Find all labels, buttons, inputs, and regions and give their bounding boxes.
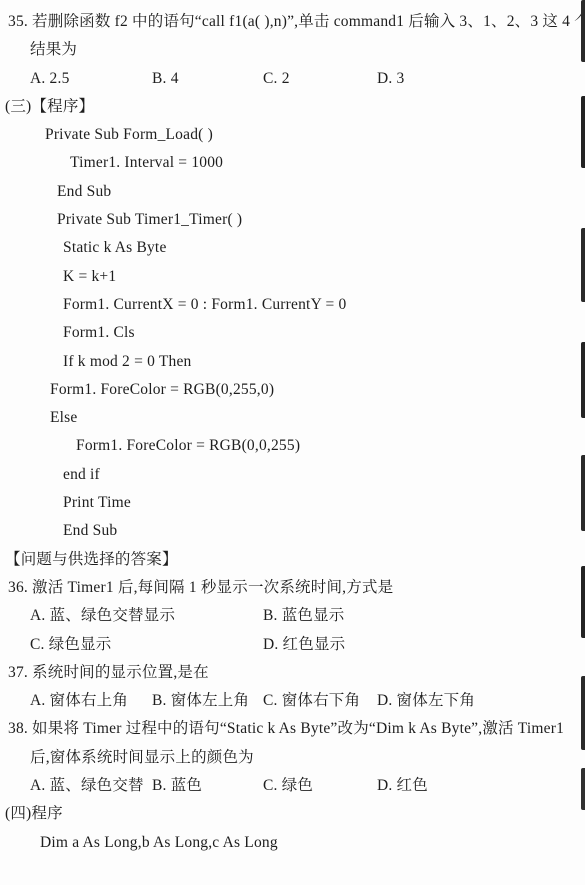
question-36-option-c: C. 绿色显示 (30, 631, 263, 659)
scan-edge-artifact (581, 566, 585, 638)
scan-edge-artifact (581, 228, 585, 302)
code-line: Dim a As Long,b As Long,c As Long (0, 829, 585, 857)
question-37-option-a: A. 窗体右上角 (30, 687, 152, 715)
code-line: Timer1. Interval = 1000 (0, 149, 585, 177)
question-35-option-d: D. 3 (377, 65, 405, 93)
code-line: If k mod 2 = 0 Then (0, 348, 585, 376)
scan-edge-artifact (581, 0, 585, 62)
question-35-option-c: C. 2 (263, 65, 377, 93)
question-37-option-c: C. 窗体右下角 (263, 687, 377, 715)
question-36-options-row-1: A. 蓝、绿色交替显示 B. 蓝色显示 (0, 602, 585, 630)
code-line: Private Sub Form_Load( ) (0, 121, 585, 149)
scan-edge-artifact (581, 342, 585, 418)
question-35-stem-line-1: 35. 若删除函数 f2 中的语句“call f1(a( ),n)”,单击 co… (0, 8, 585, 36)
answers-header: 【问题与供选择的答案】 (0, 546, 585, 574)
question-38-stem-line-1: 38. 如果将 Timer 过程中的语句“Static k As Byte”改为… (0, 715, 585, 743)
question-36-option-a: A. 蓝、绿色交替显示 (30, 602, 263, 630)
question-36-options-row-2: C. 绿色显示 D. 红色显示 (0, 631, 585, 659)
scan-edge-artifact (581, 676, 585, 750)
code-line: Else (0, 404, 585, 432)
question-36-option-d: D. 红色显示 (263, 631, 345, 659)
code-line: End Sub (0, 178, 585, 206)
code-line: Print Time (0, 489, 585, 517)
question-37-option-b: B. 窗体左上角 (152, 687, 263, 715)
code-line: K = k+1 (0, 263, 585, 291)
question-37-options: A. 窗体右上角 B. 窗体左上角 C. 窗体右下角 D. 窗体左下角 (0, 687, 585, 715)
scan-edge-artifact (581, 455, 585, 531)
question-35-stem-line-2: 结果为 (0, 36, 585, 64)
question-36-option-b: B. 蓝色显示 (263, 602, 345, 630)
question-36-stem: 36. 激活 Timer1 后,每间隔 1 秒显示一次系统时间,方式是 (0, 574, 585, 602)
question-37-stem: 37. 系统时间的显示位置,是在 (0, 659, 585, 687)
section-3-header: (三)【程序】 (0, 93, 585, 121)
scan-edge-artifact (581, 96, 585, 168)
scan-edge-artifact (581, 768, 585, 810)
code-line: End Sub (0, 517, 585, 545)
question-35-option-a: A. 2.5 (30, 65, 152, 93)
code-line: end if (0, 461, 585, 489)
question-38-option-b: B. 蓝色 (152, 772, 263, 800)
question-38-option-c: C. 绿色 (263, 772, 377, 800)
code-line: Form1. Cls (0, 319, 585, 347)
question-38-option-a: A. 蓝、绿色交替 (30, 772, 152, 800)
question-38-option-d: D. 红色 (377, 772, 428, 800)
code-line: Form1. CurrentX = 0 : Form1. CurrentY = … (0, 291, 585, 319)
code-line: Static k As Byte (0, 234, 585, 262)
question-35-options: A. 2.5 B. 4 C. 2 D. 3 (0, 65, 585, 93)
code-line: Form1. ForeColor = RGB(0,0,255) (0, 432, 585, 460)
code-line: Form1. ForeColor = RGB(0,255,0) (0, 376, 585, 404)
question-38-stem-line-2: 后,窗体系统时间显示上的颜色为 (0, 744, 585, 772)
section-4-header: (四)程序 (0, 800, 585, 828)
question-38-options: A. 蓝、绿色交替 B. 蓝色 C. 绿色 D. 红色 (0, 772, 585, 800)
question-35-option-b: B. 4 (152, 65, 263, 93)
code-line: Private Sub Timer1_Timer( ) (0, 206, 585, 234)
exam-page: 35. 若删除函数 f2 中的语句“call f1(a( ),n)”,单击 co… (0, 0, 585, 885)
question-37-option-d: D. 窗体左下角 (377, 687, 475, 715)
